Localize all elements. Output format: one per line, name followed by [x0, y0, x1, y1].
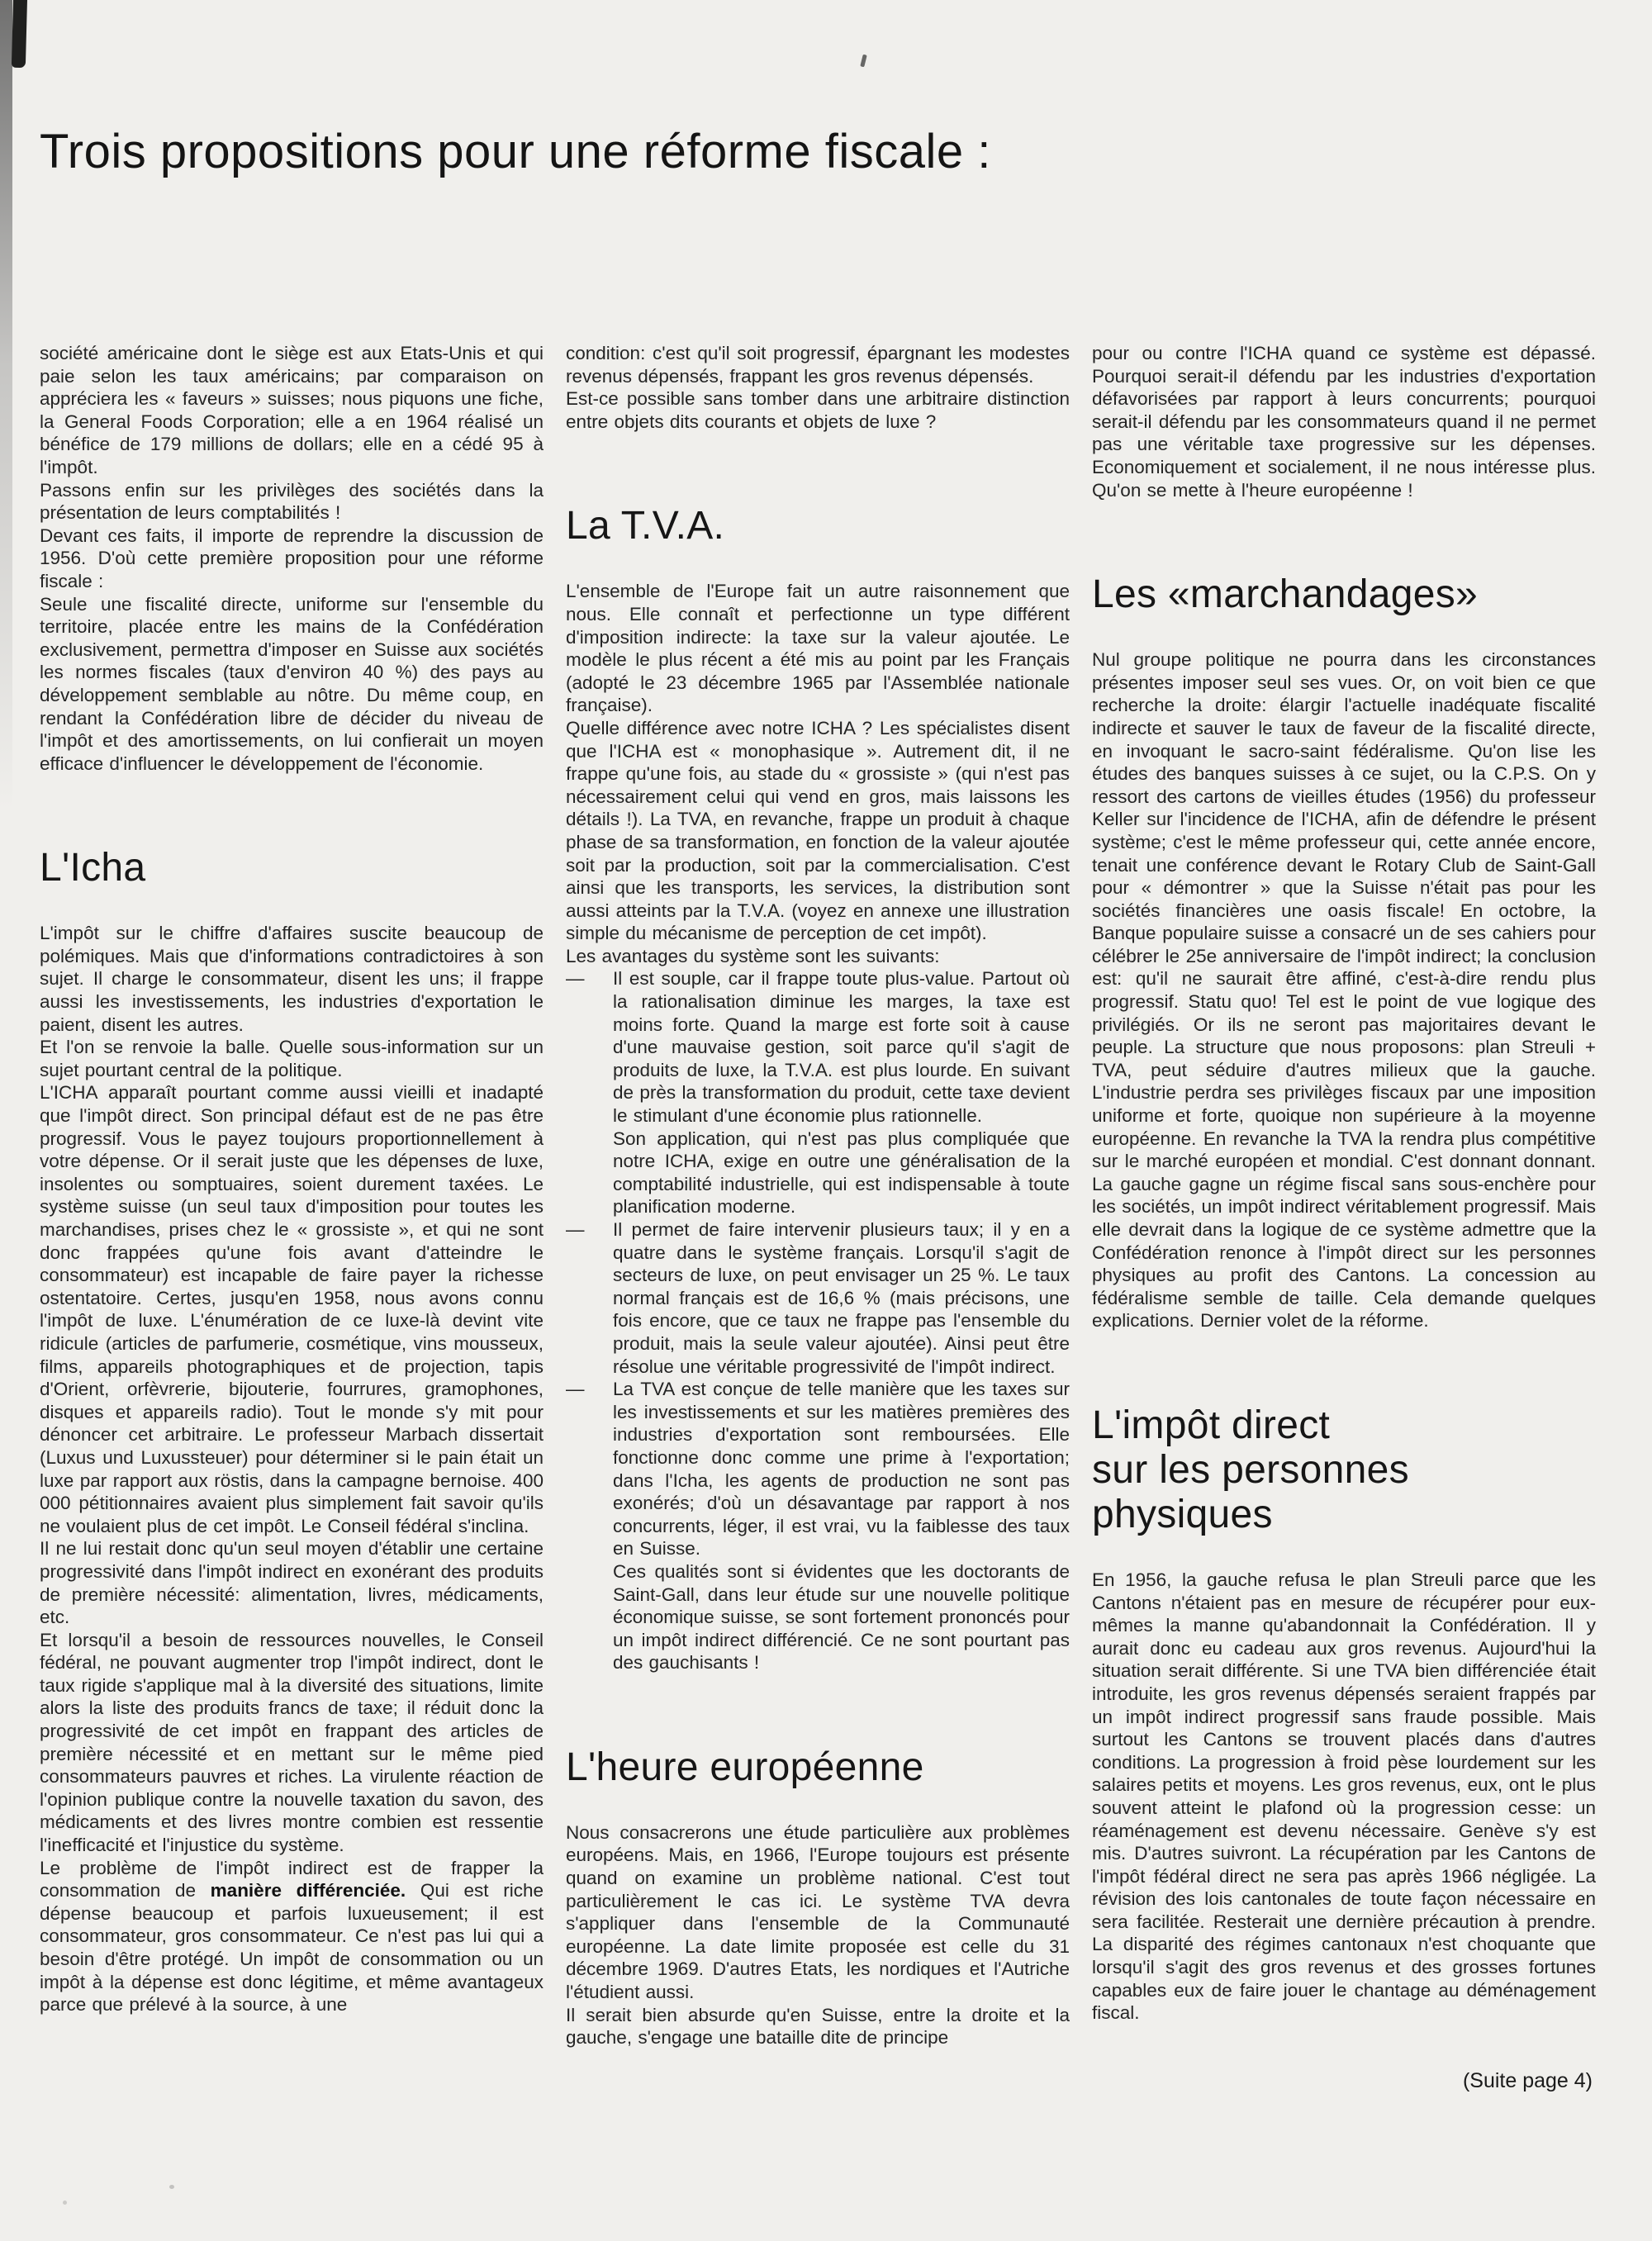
paragraph: Seule une fiscalité directe, uniforme su… [40, 593, 544, 776]
page-title: Trois propositions pour une réforme fisc… [40, 124, 991, 179]
scan-edge-shadow [0, 0, 12, 810]
paragraph: Passons enfin sur les privilèges des soc… [40, 479, 544, 525]
paragraph: Quelle différence avec notre ICHA ? Les … [566, 717, 1070, 945]
section-heading: L'impôt direct sur les personnes physiqu… [1092, 1403, 1596, 1537]
paragraph: Ces qualités sont si évidentes que les d… [566, 1560, 1070, 1674]
list-item: —La TVA est conçue de telle manière que … [566, 1378, 1070, 1560]
scan-speck [169, 2185, 174, 2189]
article-columns: société américaine dont le siège est aux… [40, 342, 1596, 2093]
list-dash-icon: — [566, 1218, 613, 1242]
paragraph: Et lorsqu'il a besoin de ressources nouv… [40, 1629, 544, 1857]
paragraph: Il serait bien absurde qu'en Suisse, ent… [566, 2004, 1070, 2049]
continuation-note: (Suite page 4) [1092, 2069, 1596, 2093]
paragraph: Les avantages du système sont les suivan… [566, 945, 1070, 968]
list-dash-icon: — [566, 1378, 613, 1401]
paragraph: L'impôt sur le chiffre d'affaires suscit… [40, 922, 544, 1036]
paragraph: L'ICHA apparaît pourtant comme aussi vie… [40, 1081, 544, 1537]
paragraph: Est-ce possible sans tomber dans une arb… [566, 387, 1070, 433]
section-heading: L'heure européenne [566, 1745, 1070, 1790]
paragraph: société américaine dont le siège est aux… [40, 342, 544, 479]
paragraph: condition: c'est qu'il soit progressif, … [566, 342, 1070, 387]
scan-artifact-bar [12, 0, 27, 68]
paragraph: Et l'on se renvoie la balle. Quelle sous… [40, 1036, 544, 1081]
article-column-left: société américaine dont le siège est aux… [40, 342, 544, 2016]
article-column-middle: condition: c'est qu'il soit progressif, … [566, 342, 1070, 2049]
scan-speck [63, 2201, 67, 2205]
paragraph: pour ou contre l'ICHA quand ce système e… [1092, 342, 1596, 501]
paragraph: Devant ces faits, il importe de reprendr… [40, 525, 544, 593]
article-column-right: pour ou contre l'ICHA quand ce système e… [1092, 342, 1596, 2093]
section-heading: La T.V.A. [566, 504, 1070, 548]
section-heading: L'Icha [40, 846, 544, 890]
section-heading: Les «marchandages» [1092, 572, 1596, 617]
list-dash-icon: — [566, 967, 613, 990]
paragraph: Nul groupe politique ne pourra dans les … [1092, 648, 1596, 1332]
paragraph: En 1956, la gauche refusa le plan Streul… [1092, 1569, 1596, 2025]
paragraph: Son application, qui n'est pas plus comp… [566, 1128, 1070, 1218]
paragraph: Le problème de l'impôt indirect est de f… [40, 1857, 544, 2016]
paragraph: L'ensemble de l'Europe fait un autre rai… [566, 580, 1070, 717]
list-item: —Il est souple, car il frappe toute plus… [566, 967, 1070, 1127]
scan-speck [860, 55, 866, 68]
list-item: —Il permet de faire intervenir plusieurs… [566, 1218, 1070, 1378]
paragraph: Il ne lui restait donc qu'un seul moyen … [40, 1537, 544, 1628]
paragraph: Nous consacrerons une étude particulière… [566, 1821, 1070, 2004]
